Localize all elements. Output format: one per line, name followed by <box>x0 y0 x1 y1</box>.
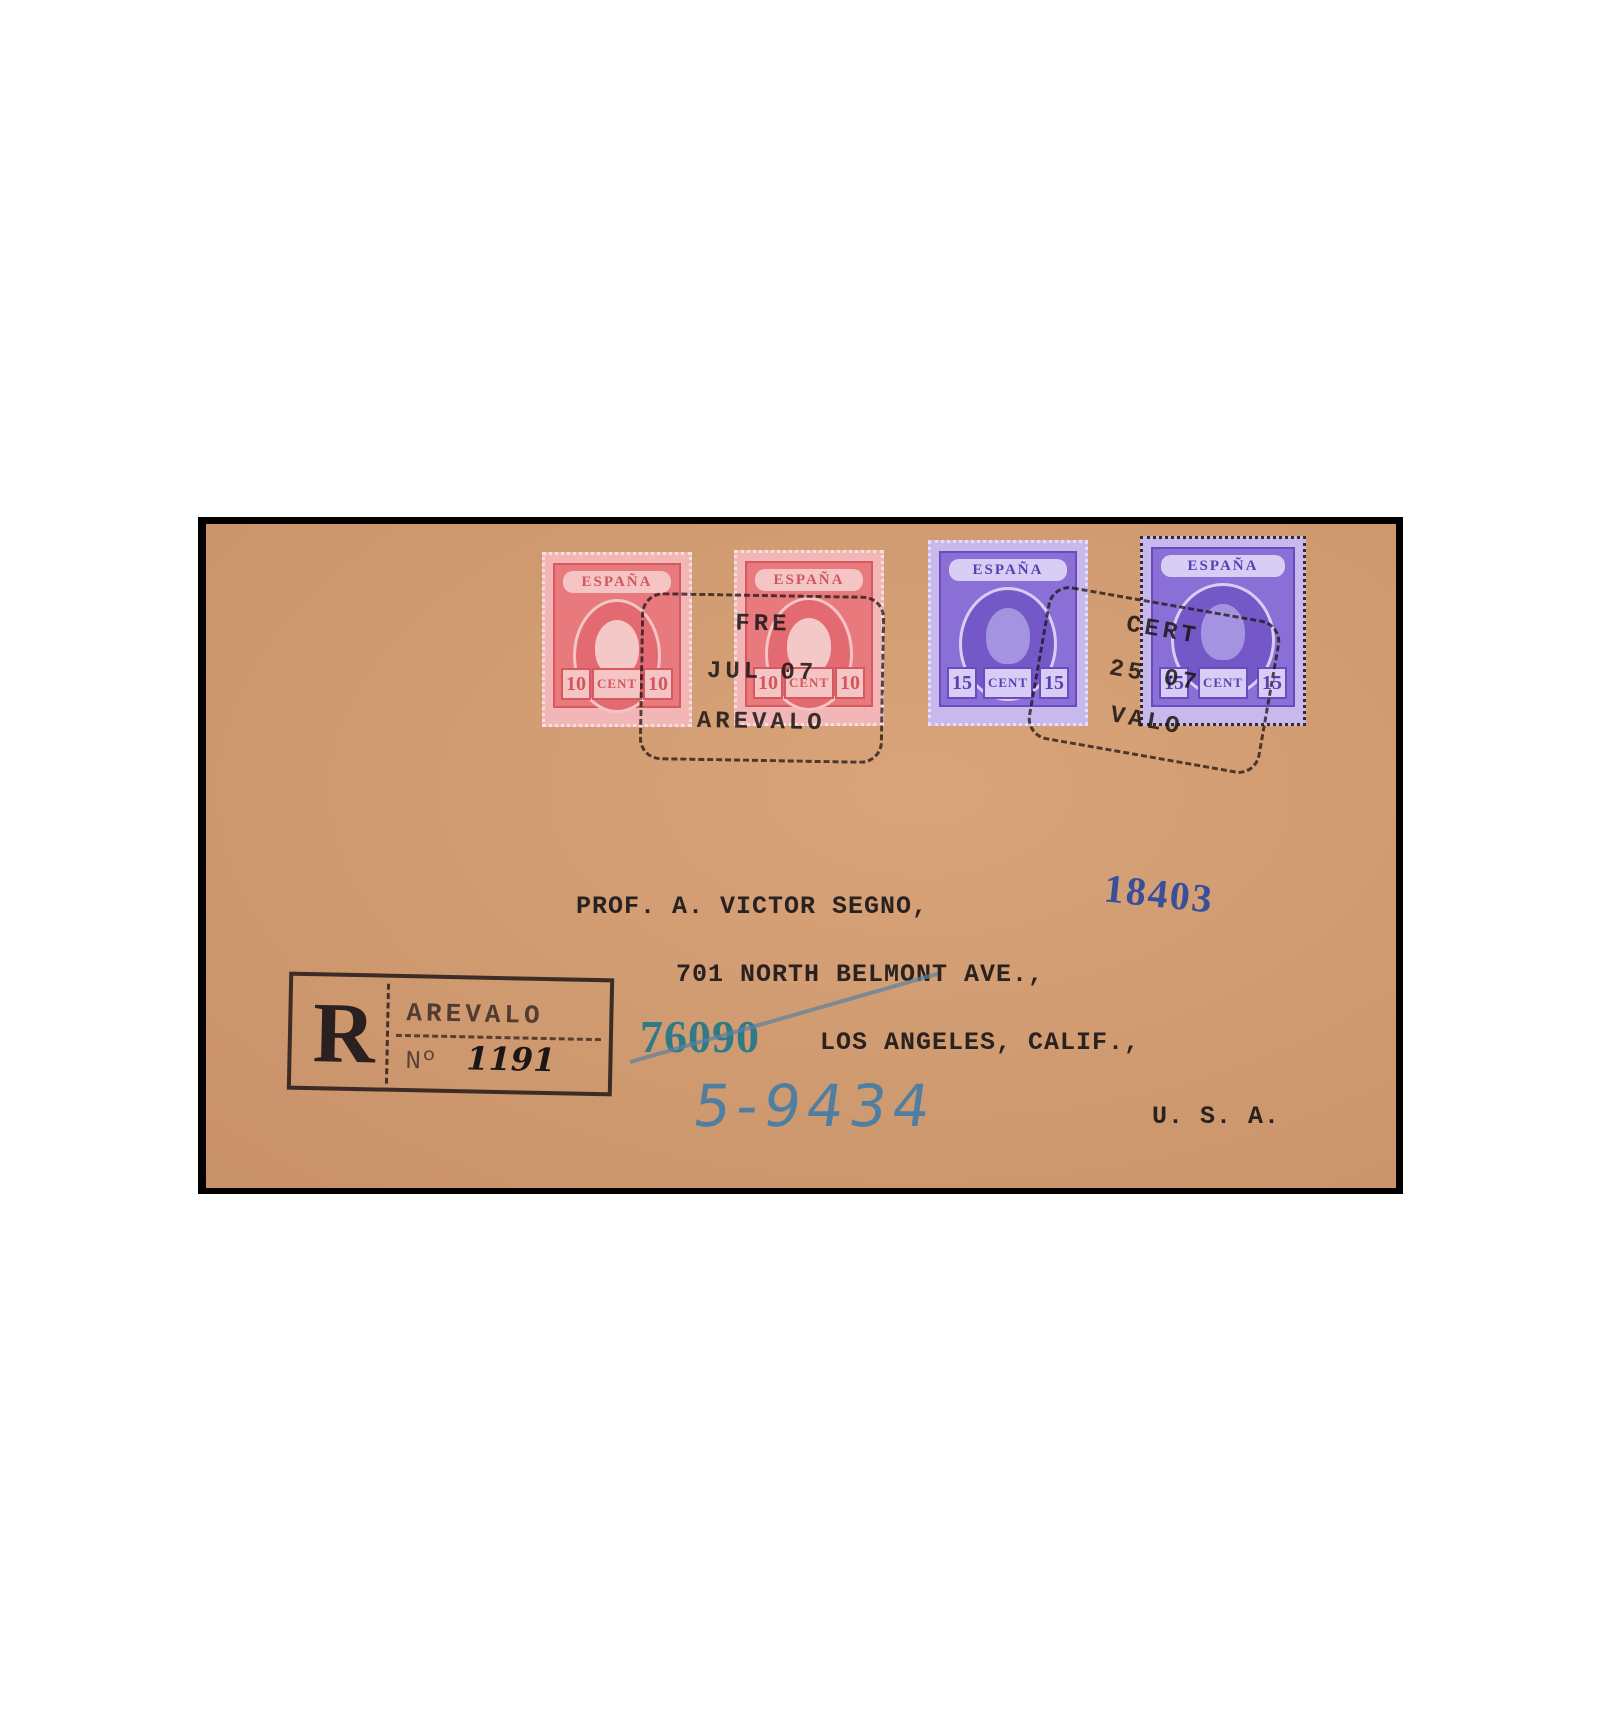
registration-letter: R <box>301 982 390 1084</box>
registration-no-prefix: Nº <box>405 1046 437 1077</box>
address-line-3: LOS ANGELES, CALIF., <box>820 1028 1140 1057</box>
address-line-4: U. S. A. <box>1152 1102 1280 1131</box>
stamp-value: 15 <box>947 667 977 699</box>
postmark-office: AREVALO <box>642 707 880 738</box>
stamp-country: ESPAÑA <box>563 571 671 593</box>
stamp-value: 10 <box>561 668 591 700</box>
stamp-unit: CENT <box>983 667 1033 699</box>
registration-number: 1191 <box>466 1039 556 1079</box>
postmark-arevalo-1: FRE JUL 07 AREVALO <box>639 592 886 764</box>
pencil-notation: 5-9434 <box>689 1072 940 1140</box>
stamp-country: ESPAÑA <box>755 569 863 591</box>
registration-number-row: Nº 1191 <box>395 1038 601 1084</box>
stamp-country: ESPAÑA <box>949 559 1067 581</box>
postmark-date: JUL 07 <box>643 657 881 688</box>
blue-number-stamp: 18403 <box>1102 864 1216 922</box>
stamp-country: ESPAÑA <box>1161 555 1285 577</box>
registration-office: AREVALO <box>396 992 602 1041</box>
stamp-unit: CENT <box>592 668 642 700</box>
postmark-top: FRE <box>644 609 882 640</box>
address-line-1: PROF. A. VICTOR SEGNO, <box>576 892 928 921</box>
registration-label: R AREVALO Nº 1191 <box>287 972 614 1097</box>
address-line-2: 701 NORTH BELMONT AVE., <box>676 960 1044 989</box>
